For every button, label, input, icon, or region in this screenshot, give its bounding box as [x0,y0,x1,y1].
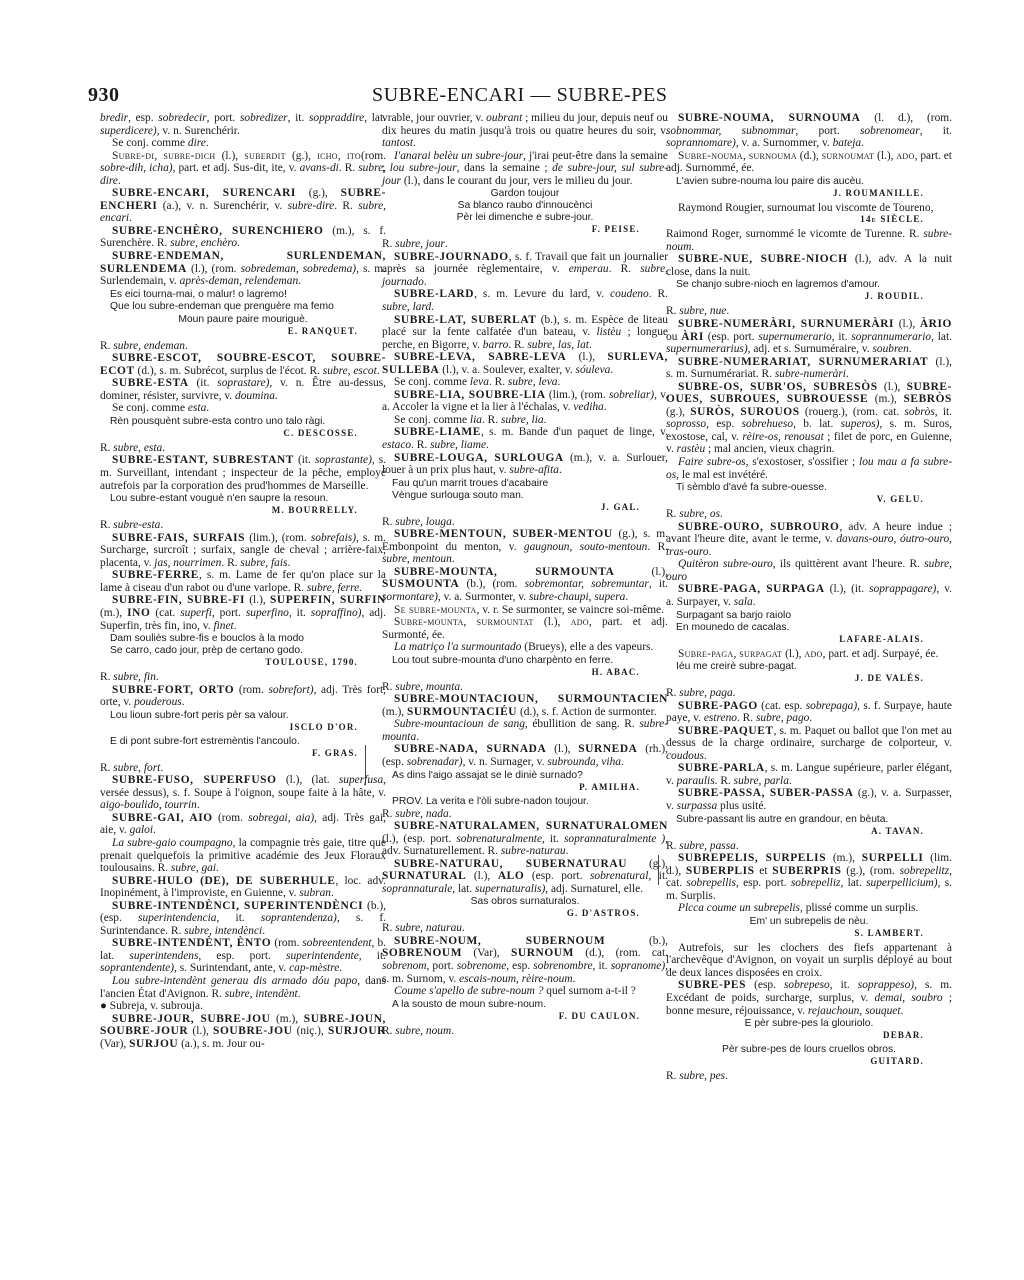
text-run: ou [666,331,681,343]
entry-paragraph: Quitèron subre-ouro, ils quittèrent avan… [666,558,952,583]
text-run: (g.), [286,150,317,162]
italic-text: sobrenombre [533,960,592,972]
text-run: . [462,922,465,934]
small-caps-text: Subre-di [112,150,154,162]
italic-text: sobrepelliz [791,877,841,889]
quotation-line: Pèr subre-pes de lours cruellos obros. [666,1044,952,1056]
headword: SUBERPRIS [772,865,841,877]
headword: SUBRE-FERRE [112,569,199,581]
italic-text: subre-chaupi, supera [529,591,625,603]
text-run: (m.), [270,1013,303,1025]
italic-text: soprannomare) [666,137,736,149]
italic-text: soppraddire [309,112,364,124]
text-run: (g.), [296,187,341,199]
quotation: E di pont subre-fort estremèntis l'ancou… [100,736,386,748]
quotation-attribution: G. D'ASTROS. [382,908,668,919]
text-run: , s. m. Bande d'un paquet de linge, v. [481,426,668,438]
quotation-attribution: ISCLO D'OR. [100,722,386,733]
text-run: (l.), [245,594,270,606]
italic-text: subre, os [679,508,720,520]
entry-paragraph: Faire subre-os, s'exostoser, s'ossifier … [666,456,952,481]
quotation-line: Sas obros surnaturalos. [382,896,668,908]
text-run: (it. [294,454,315,466]
text-run: , it. [832,331,852,343]
text-run: ; mal ancien, vieux chagrin. [705,443,834,455]
entry-paragraph: Subre-di, subre-dich (l.), suberdit (g.)… [100,150,386,188]
text-run: . R. [221,557,240,569]
italic-text: soprannaturale [382,883,452,895]
text-run: , ils quittèrent avant l'heure. R. [773,558,924,570]
text-run: . [377,365,380,377]
italic-text: sala [734,596,753,608]
text-run: , it. [920,125,952,137]
italic-text: soprantendenza) [261,912,337,924]
italic-text: sóuleva [576,364,611,376]
quotation-line: Sa blanco raubo d'innoucènci [382,200,668,212]
text-run: , it. [935,406,952,418]
quotation: Sas obros surnaturalos. [382,896,668,908]
text-run: . [544,414,547,426]
quotation-attribution: V. GELU. [666,494,952,505]
headword: SUBRE-OS, SUBR'OS, SUBRESÒS [678,381,878,393]
text-run: (lim.), (rom. [245,532,311,544]
italic-text: superdicere) [100,125,157,137]
entry-paragraph: La subre-gaio coumpagno, la compagnie tr… [100,837,386,875]
entry-paragraph: SUBRE-OURO, SUBROURO, adv. A heure indue… [666,521,952,559]
headword: SUBRE-LIAME [394,426,481,438]
quotation-attribution: E. RANQUET. [100,326,386,337]
text-run: , v. r. Se surmonter, se vaincre soi-mêm… [477,604,664,616]
text-run: . [604,401,607,413]
entry-paragraph: SUBRE-INTENDÈNCI, SUPERINTENDÈNCI (b.), … [100,900,386,938]
text-run: (l.), (rom. [187,263,241,275]
italic-text: Subre-mountacioun de sang [394,718,525,730]
text-run: (l.), [614,566,668,578]
italic-text: soprastante) [315,454,372,466]
italic-text: bateja [833,137,861,149]
text-run: , part. et adj. Surpayé, ée. [823,648,939,660]
text-run: . [129,212,132,224]
text-run: , it. [542,833,564,845]
headword: SUBRE-NOUM, SUBERNOUM [394,935,605,947]
text-run: . [451,1025,454,1037]
text-run: R. [382,922,395,934]
headword: SUBRE-NOUMA, SURNOUMA [678,112,860,124]
quotation: A la sousto de moun subre-noum. [382,999,668,1011]
text-run: . [452,516,455,528]
entry-paragraph: Coume s'apello de subre-noum ? quel surn… [382,985,668,998]
headword: SUBRE-MOUNTA, SURMOUNTA [394,566,614,578]
headword: SUBRE-ESTANT, SUBRESTANT [112,454,294,466]
text-run: (rom. [234,684,268,696]
italic-text: subre, las, lat [527,339,589,351]
quotation-line: Em' un subrepelis de nèu. [666,916,952,928]
text-run: , b. lat. [793,418,841,430]
text-run: . [691,241,694,253]
quotation: PROV. La verita e l'òli subre-nadon touj… [382,796,668,808]
quotation: Lou tout subre-mounta d'uno charpènto en… [382,655,668,667]
text-run: . [153,824,156,836]
entry-paragraph: SUBRE-NUMERÀRI, SURNUMERÀRI (l.), ÀRIO o… [666,318,952,356]
text-run: , s'exostoser, s'ossifier ; [746,456,859,468]
italic-text: subre-afita [509,464,559,476]
headword: SUBRE-INTENDÈNT, ÈNTO [112,937,271,949]
entry-paragraph: SUBRE-ESCOT, SOUBRE-ESCOT, SOUBRE-ECOT (… [100,352,386,377]
entry-paragraph: Raimond Roger, surnommé le vicomte de Tu… [666,228,952,253]
text-run: (l.), [215,150,244,162]
text-run: R. [382,808,395,820]
text-run: (l.), [894,318,920,330]
text-run: R. [100,671,113,683]
entry-paragraph: SUBRE-LOUGA, SURLOUGA (m.), v. a. Surlou… [382,452,668,477]
text-run: . [573,973,576,985]
text-run: , s. Surintendant, ante, v. [174,962,289,974]
quotation-line: Se chanjo subre-nioch en lagremos d'amou… [676,279,952,291]
entry-paragraph: SUBRE-PASSA, SUBER-PASSA (g.), v. a. Sur… [666,787,952,812]
text-run: . [185,340,188,352]
quotation: Iéu me creirè subre-pagat. [666,661,952,673]
quotation-line: E di pont subre-fort estremèntis l'ancou… [110,736,386,748]
italic-text: sobrefais) [311,532,356,544]
entry-paragraph: R. subre, fin. [100,671,386,684]
headword: SUBRE-LAT, SUBERLAT [394,314,537,326]
quotation-attribution: J. ROUMANILLE. [666,188,952,199]
text-run: . [733,687,736,699]
quotation-line: Pèr lei dimenche e subre-jour. [382,212,668,224]
quotation-attribution: H. ABAC. [382,667,668,678]
italic-text: La subre-gaio coumpagno [112,837,233,849]
quotation-line: Fau qu'un marrit troues d'acabaire [392,478,668,490]
headword: SUBRE-PES [678,979,746,991]
text-run: (d.), s. m. Subrécot, surplus de l'écot.… [135,365,323,377]
entry-paragraph: SUBRE-ESTANT, SUBRESTANT (it. soprastant… [100,454,386,492]
entry-paragraph: SUBRE-FAIS, SURFAIS (lim.), (rom. sobref… [100,532,386,570]
small-caps-text: surpagat [739,648,782,660]
italic-text: sobreentendent [302,937,371,949]
headword: SUBRE-JOUR, SUBRE-JOU [112,1013,270,1025]
italic-text: supernumerarius) [666,343,748,355]
italic-text: oubrant [486,112,522,124]
headword: SUBRE-GAI, AIO [112,812,213,824]
small-caps-text: ito [347,150,361,162]
italic-text: leva [470,376,489,388]
text-run: . [431,301,434,313]
text-run: . [559,464,562,476]
italic-text: subre, naturau [395,922,462,934]
text-run: . [298,275,301,287]
text-run: . R. [715,775,734,787]
text-run: . [621,756,624,768]
italic-text: pouderous [134,696,182,708]
text-run: (g.), (rom. [842,865,900,877]
text-run: , dans la semaine ; [457,162,553,174]
text-run: (l. d.), (rom. [860,112,952,124]
quotation: L'avien subre-nouma lou paire dis aucèu. [666,176,952,188]
headword: SUBRE-LARD [394,288,474,300]
text-run: (lim.), (rom. [546,389,609,401]
text-run: . [424,276,427,288]
text-run: (l.), (esp. port. [382,833,456,845]
text-run: . [557,376,560,388]
entry-paragraph: SUBRE-FORT, ORTO (rom. sobrefort), adj. … [100,684,386,709]
italic-text: Coume s'apello de subre-noum ? [394,985,543,997]
text-run: , esp. port. [198,950,286,962]
entry-paragraph: Autrefois, sur les clochers des fiefs ap… [666,942,952,980]
entry-paragraph: Subre-nouma, surnouma (d.), surnoumat (l… [666,150,952,175]
entry-paragraph: R. subre-esta. [100,519,386,532]
italic-text: tantost [382,137,413,149]
entry-paragraph: SUBRE-FERRE, s. m. Lame de fer qu'on pla… [100,569,386,594]
text-run: . [709,546,712,558]
italic-text: subre, louga [395,516,452,528]
headword: ÀRIO [920,318,952,330]
entry-paragraph: Lou subre-intendènt generau dis armado d… [100,975,386,1000]
small-caps-text: Subre-nouma [678,150,743,162]
italic-text: lou subre-jour [390,162,457,174]
small-caps-text: Se subre-mounta [394,604,477,616]
text-run: , v. a. Surnommer, v. [736,137,833,149]
quotation: Fau qu'un marrit troues d'acabaireVèngue… [382,478,668,502]
text-run: (l.), [566,351,607,363]
text-run: , s. m. Levure du lard, v. [474,288,610,300]
italic-text: estaco [382,439,411,451]
text-run: , [154,150,163,162]
italic-text: sobnommar, subnommar [666,125,795,137]
quotation: Dam souliès subre-fis e bouclos à la mod… [100,633,386,657]
text-run: R. [382,238,395,250]
text-run: . [753,596,756,608]
italic-text: soprastare) [217,377,269,389]
italic-text: I'anarai belèu un subre-jour [394,150,523,162]
text-run: (b.), [605,935,668,947]
text-run: . [339,962,342,974]
italic-text: subre, passa [679,840,736,852]
text-run: vrable, jour ouvrier, v. [382,112,486,124]
italic-text: sobreliar) [609,389,654,401]
quotation: Em' un subrepelis de nèu. [666,916,952,928]
quotation: Subre-passant lis autre en grandour, en … [666,814,952,826]
entry-paragraph: R. subre, nada. [382,808,668,821]
text-run: (cat. esp. [758,700,806,712]
text-run: (l.), [878,381,907,393]
quotation-attribution: J. ROUDIL. [666,291,952,302]
quotation-attribution: 14e SIÈCLE. [666,214,952,225]
text-run: (l.), (it. [825,583,869,595]
quotation-attribution: S. LAMBERT. [666,928,952,939]
quotation-attribution: J. GAL. [382,502,668,513]
text-run: (l.), [188,1025,213,1037]
entry-paragraph: SUBRE-ENCARI, SURENCARI (g.), SUBRE-ENCH… [100,187,386,225]
text-run: . [118,175,121,187]
italic-text: subre, lard [382,301,431,313]
page-header: 930 SUBRE-ENCARI — SUBRE-PES [88,84,958,110]
italic-text: subre, leva [508,376,558,388]
margin-mark [658,855,659,885]
quotation-line: Ti sèmblo d'avé fa subre-ouesse. [676,482,952,494]
text-run: (l.), v. a. Soulever, exalter, v. [439,364,575,376]
text-run: (esp. port. [524,870,590,882]
italic-text: subre-esta [113,519,160,531]
text-run: . [720,508,723,520]
entry-paragraph: SUBRE-PARLA, s. m. Langue supérieure, pa… [666,762,952,787]
small-caps-text: surnoumat [822,150,875,162]
text-run: (Var), [100,1038,129,1050]
entry-paragraph: SUBRE-JOUR, SUBRE-JOU (m.), SUBRE-JOUN, … [100,1013,386,1051]
text-run: (d.), [797,150,822,162]
quotation-line: Que lou subre-endeman que prenguère ma f… [110,301,386,313]
text-run: . [359,582,362,594]
text-run: (l.), [466,870,498,882]
quotation-line: L'avien subre-nouma lou paire dis aucèu. [676,176,952,188]
entry-paragraph: Se conj. comme leva. R. subre, leva. [382,376,668,389]
italic-text: sobrenadar) [407,756,463,768]
italic-text: subran [299,887,331,899]
headword: SUBRE-PAQUET [678,725,774,737]
text-run: . R. [489,376,508,388]
text-run: , port. [212,607,246,619]
italic-text: sobredeman, sobredema) [241,263,357,275]
headword: SUBRE-HULO (DE), DE SUBERHULE [112,875,336,887]
text-run: (a.), s. m. Jour ou- [178,1038,264,1050]
entry-paragraph: Se conj. comme dire. [100,137,386,150]
italic-text: subre, jour [395,238,445,250]
entry-paragraph: Raymond Rougier, surnoumat lou viscomte … [666,202,952,215]
headword: SUBRE-MOUNTACIOUN, SURMOUNTACIEN [394,693,668,705]
text-run: . [234,620,237,632]
text-run: (m.), [100,607,127,619]
text-run: , le mal est invétéré. [676,469,768,481]
italic-text: sormontare) [382,591,438,603]
text-run: . [789,775,792,787]
quotation: Lou lioun subre-fort peris pèr sa valour… [100,710,386,722]
quotation-attribution: C. DESCOSSE. [100,428,386,439]
italic-text: soprappeso) [858,979,914,991]
small-caps-text: Subre-paga [678,648,734,660]
text-run: et [755,865,773,877]
quotation-line: Surpagant sa barjo raiolo [676,610,952,622]
entry-paragraph: R. subre, noum. [382,1025,668,1038]
column-right: SUBRE-NOUMA, SURNOUMA (l. d.), (rom. sob… [666,112,952,1083]
italic-text: sobrenomear [860,125,920,137]
text-run: quel surnom a-t-il ? [543,985,635,997]
text-run: , v. n. Surenchérir. [157,125,240,137]
quotation-attribution: LAFARE-ALAIS. [666,634,952,645]
text-run: (niç.), [292,1025,328,1037]
italic-text: emperau [569,263,609,275]
entry-paragraph: R. subre, jour. [382,238,668,251]
italic-text: superfusa [339,774,383,786]
quotation-line: Es eici tourna-mai, o malur! o lagremo! [110,289,386,301]
text-run: . [726,305,729,317]
text-run: . [736,840,739,852]
italic-text: subre, escot [323,365,377,377]
text-run: Raymond Rougier, surnoumat lou viscomte … [678,202,933,214]
italic-text: subre, intendènt [225,988,298,1000]
text-run: . [156,671,159,683]
italic-text: subre-dire [288,200,335,212]
quotation: Se chanjo subre-nioch en lagremos d'amou… [666,279,952,291]
italic-text: sobredizer [240,112,288,124]
quotation: As dins l'aigo assajat se le diniè surna… [382,770,668,782]
italic-text: lia [470,414,482,426]
italic-text: soprappagare) [869,583,936,595]
text-run: , it. [288,112,309,124]
italic-text: superintendens [129,950,198,962]
entry-paragraph: Se conj. comme esta. [100,402,386,415]
text-run: . R. [508,339,527,351]
quotation-attribution: GUITARD. [666,1056,952,1067]
text-run: R. [666,687,679,699]
text-run: , [464,616,477,628]
text-run: R. [666,1070,679,1082]
headword: SUBRE-LEVA, SABRE-LEVA [394,351,566,363]
text-run: (b.), (rom. [459,578,524,590]
headword: SURJOUR [328,1025,386,1037]
italic-text: sobròs [904,406,934,418]
quotation-attribution: F. PEISE. [382,224,668,235]
text-run: (g.), [627,858,668,870]
text-run: Autrefois, sur les clochers des fiefs ap… [666,942,952,979]
italic-text: sobrefort) [268,684,313,696]
text-run: R. [100,340,113,352]
entry-paragraph: R. subre, paga. [666,687,952,700]
text-run: (l.), [534,616,571,628]
italic-text: bredir [100,112,128,124]
text-run: Se conj. comme [112,402,188,414]
text-run: . [846,368,849,380]
quotation: Es eici tourna-mai, o malur! o lagremo!Q… [100,289,386,313]
italic-text: sobrepellis [686,877,736,889]
text-run: (cat. [150,607,180,619]
italic-text: subre, fais [240,557,287,569]
small-caps-text: suberdit [244,150,286,162]
quotation-attribution: A. TAVAN. [666,826,952,837]
italic-text: sobre-dih, icha) [100,162,173,174]
quotation: Gardon toujourSa blanco raubo d'innoucèn… [382,188,668,224]
entry-paragraph: SUBRE-NADA, SURNADA (l.), SURNEDA (rh.),… [382,743,668,768]
italic-text: subre, intendènci [184,925,262,937]
text-run: . [589,339,592,351]
quotation-attribution: TOULOUSE, 1790. [100,657,386,668]
headword: SUBRE-JOURNADO [394,251,509,263]
headword: SUBRE-PAGO [678,700,758,712]
text-run: (m.), [382,706,407,718]
headword: SUBRE-NUMERÀRI, SURNUMERÀRI [678,318,894,330]
italic-text: demai, soubro [874,992,942,1004]
quotation-line: Moun paure paire mouriguè. [100,314,386,326]
text-run: R. [382,681,395,693]
headword: SUBRE-NATURAU, SUBERNATURAU [394,858,627,870]
text-run: , adj. Surnaturel, elle. [545,883,643,895]
text-run: , adj. et s. Surnuméraire, v. [748,343,873,355]
text-run: . [486,439,489,451]
text-run: R. [382,516,395,528]
headword: SOUBRE-JOU [213,1025,292,1037]
quotation-line: PROV. La verita e l'òli subre-nadon touj… [392,796,668,808]
small-caps-text: ado [571,616,589,628]
text-run: , lat. [840,877,866,889]
headword: SUBRE-FUSO, SUPERFUSO [112,774,277,786]
headword: SUBRE-FIN, SUBRE-FI [112,594,245,606]
quotation-line: Dam souliès subre-fis e bouclos à la mod… [110,633,386,645]
text-run: , v. a. Surmonter, v. [438,591,529,603]
italic-text: subre, fort [113,762,160,774]
quotation-line: Iéu me creirè subre-pagat. [676,661,952,673]
text-run: R. [100,519,113,531]
headword: SURÒS, SUROUOS [690,406,800,418]
italic-text: finet [213,620,233,632]
entry-paragraph: bredir, esp. sobredecir, port. sobredize… [100,112,386,137]
